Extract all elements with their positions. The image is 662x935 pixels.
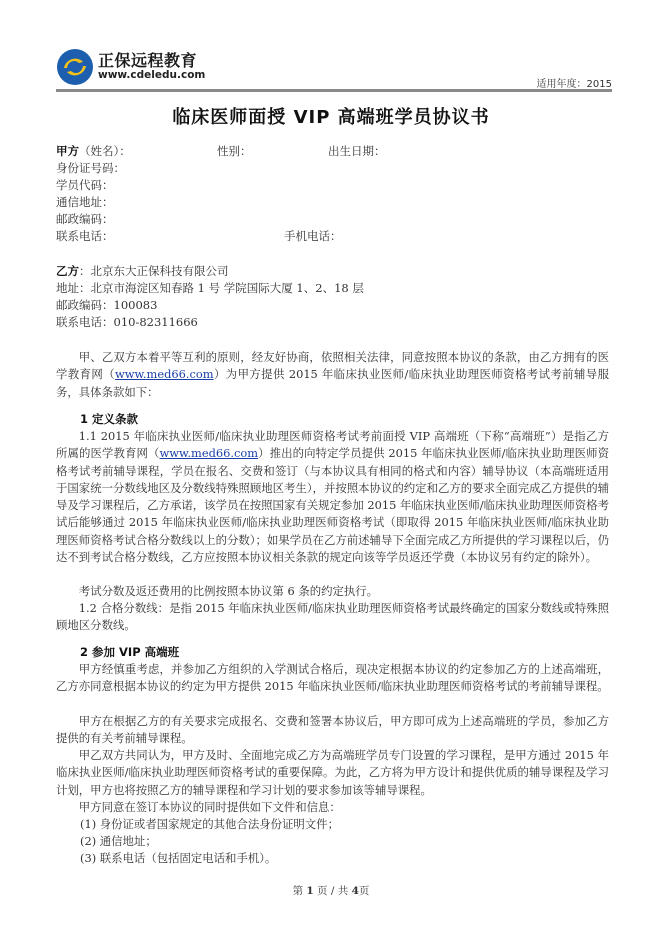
- med66-link-clause[interactable]: www.med66.com: [160, 446, 259, 460]
- party-a-name-row: 甲方（姓名）：: [56, 143, 131, 160]
- clause-1-1-text-end: ）推出的向特定学员提供 2015 年临床执业医师/临床执业助理医师资格考试考前辅…: [56, 446, 609, 564]
- party-a-label: 甲方: [56, 144, 79, 158]
- section-2-p2: 甲方在根据乙方的有关要求完成报名、交费和签署本协议后，甲方即可成为上述高端班的学…: [56, 713, 609, 748]
- section-2-heading: 2 参加 VIP 高端班: [80, 644, 179, 660]
- party-a-name-label: （姓名）：: [79, 144, 131, 158]
- clause-1-2: 1.2 合格分数线：是指 2015 年临床执业医师/临床执业助理医师资格考试最终…: [56, 600, 609, 635]
- gender-label: 性别：: [217, 143, 252, 160]
- section-2-p3: 甲乙双方共同认为，甲方及时、全面地完成乙方为高端班学员专门设置的学习课程，是甲方…: [56, 747, 609, 799]
- doc-list-item-2: (2) 通信地址；: [80, 833, 600, 850]
- page-current: 1: [306, 885, 313, 897]
- med66-link[interactable]: www.med66.com: [115, 367, 214, 381]
- doc-list-item-1: (1) 身份证或者国家规定的其他合法身份证明文件；: [80, 816, 600, 833]
- phone-label: 联系电话：: [56, 228, 114, 245]
- party-b-company-row: 乙方：北京东大正保科技有限公司: [56, 263, 229, 280]
- address-label: 通信地址：: [56, 194, 114, 211]
- brand-url: www.cdeledu.com: [98, 69, 205, 81]
- brand-name: 正保远程教育: [98, 48, 197, 71]
- party-b-postcode: 邮政编码：100083: [56, 297, 157, 314]
- section-2-p4: 甲方同意在签订本协议的同时提供如下文件和信息：: [56, 799, 609, 816]
- clause-1-1: 1.1 2015 年临床执业医师/临床执业助理医师资格考试考前面授 VIP 高端…: [56, 428, 609, 566]
- party-b-label: 乙方: [56, 264, 79, 278]
- clause-refund-note: 考试分数及返还费用的比例按照本协议第 6 条的约定执行。: [56, 583, 609, 600]
- page-mid: 页 / 共: [314, 885, 352, 897]
- student-code-label: 学员代码：: [56, 177, 114, 194]
- page-suffix: 页: [359, 885, 370, 897]
- header-divider: [56, 89, 612, 92]
- party-b-phone: 联系电话：010-82311666: [56, 314, 198, 331]
- section-2-p1: 甲方经慎重考虑，并参加乙方组织的入学测试合格后，现决定根据本协议的约定参加乙方的…: [56, 661, 609, 696]
- mobile-label: 手机电话：: [284, 228, 342, 245]
- party-b-address: 地址：北京市海淀区知春路 1 号 学院国际大厦 1、2、18 层: [56, 280, 364, 297]
- doc-list-item-3: (3) 联系电话（包括固定电话和手机）。: [80, 850, 600, 867]
- page-header: 正保远程教育 www.cdeledu.com 适用年度：2015: [56, 45, 612, 91]
- company-logo-icon: [56, 48, 94, 86]
- party-b-company: ：北京东大正保科技有限公司: [79, 264, 229, 278]
- document-title: 临床医师面授 VIP 高端班学员协议书: [0, 103, 662, 129]
- id-number-label: 身份证号码：: [56, 160, 125, 177]
- birth-date-label: 出生日期：: [328, 143, 386, 160]
- page-number: 第 1 页 / 共 4页: [0, 883, 662, 898]
- intro-paragraph: 甲、乙双方本着平等互利的原则，经友好协商，依照相关法律，同意按照本协议的条款，由…: [56, 349, 609, 401]
- section-1-heading: 1 定义条款: [80, 411, 138, 427]
- page-total: 4: [352, 885, 359, 897]
- postcode-label: 邮政编码：: [56, 211, 114, 228]
- page-prefix: 第: [293, 885, 307, 897]
- applicable-year: 适用年度：2015: [537, 75, 612, 90]
